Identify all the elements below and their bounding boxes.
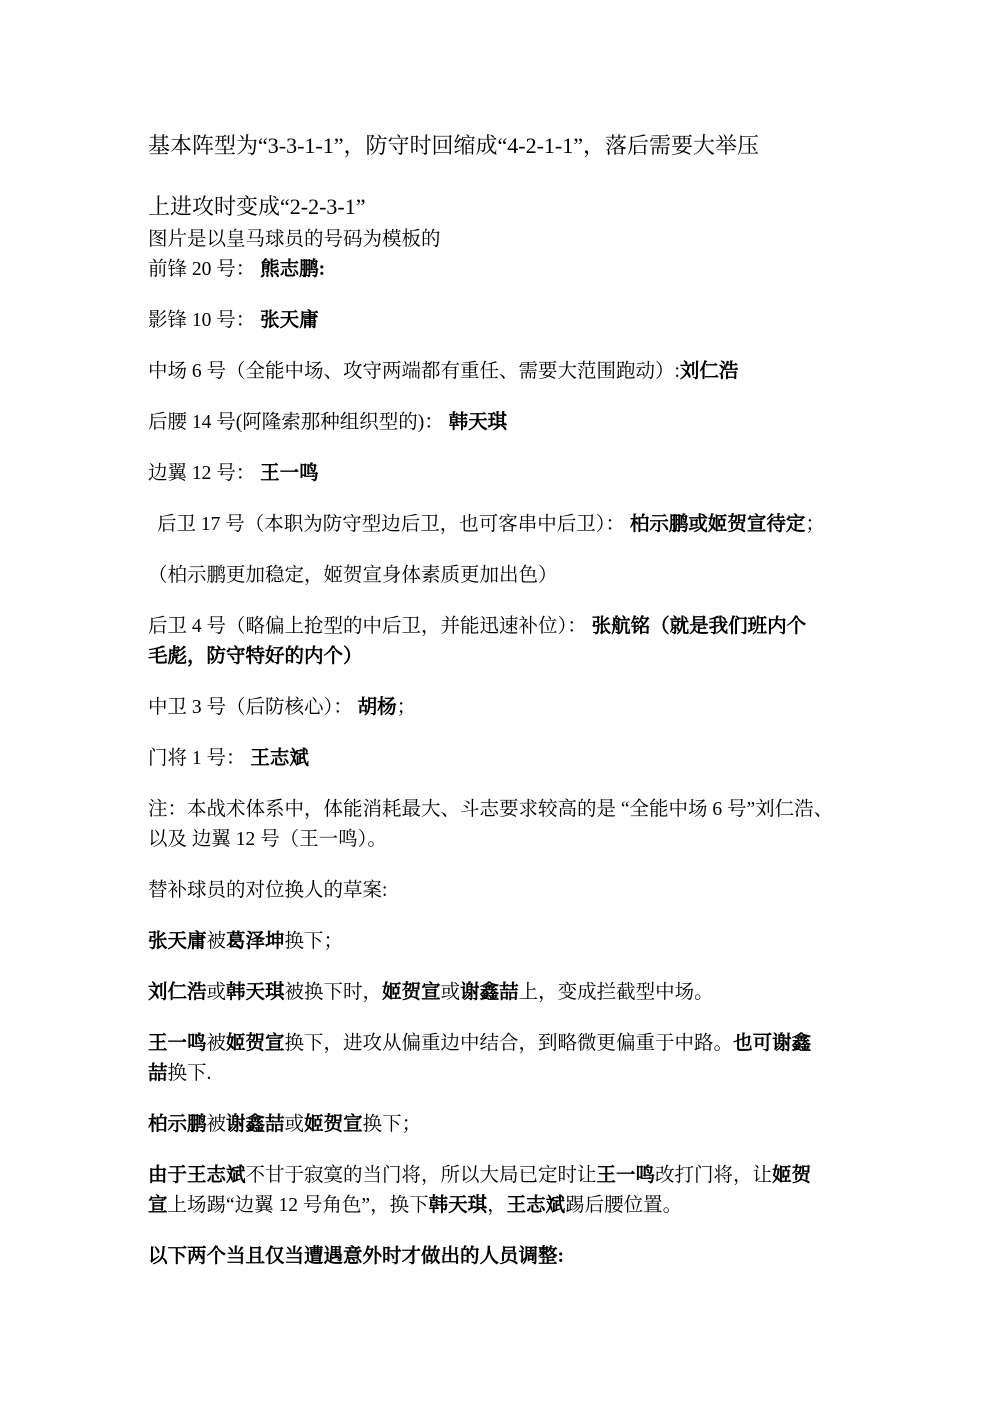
text-line: 中卫 3 号（后防核心）： 胡杨； — [148, 693, 883, 723]
text-run: 中场 6 号（全能中场、攻守两端都有重任、需要大范围跑动）: — [148, 361, 680, 382]
text-run: 被 — [207, 931, 227, 952]
text-line: 喆换下. — [148, 1059, 883, 1089]
text-run: 或 — [441, 982, 461, 1003]
text-run: 上，变成拦截型中场。 — [519, 982, 714, 1003]
bold-text-run: 刘仁浩 — [680, 361, 739, 382]
text-line: 边翼 12 号： 王一鸣 — [148, 459, 883, 489]
bold-text-run: 姬贺宣 — [226, 1033, 285, 1054]
text-line: 基本阵型为“3-3-1-1”，防守时回缩成“4-2-1-1”，落后需要大举压 — [148, 128, 883, 164]
text-line: （柏示鹏更加稳定，姬贺宣身体素质更加出色） — [148, 561, 883, 591]
text-run: 或 — [285, 1114, 305, 1135]
text-run: 图片是以皇马球员的号码为模板的 — [148, 229, 441, 250]
text-line: 图片是以皇马球员的号码为模板的 — [148, 225, 883, 255]
text-line: 由于王志斌不甘于寂寞的当门将，所以大局已定时让王一鸣改打门将，让姬贺 — [148, 1161, 883, 1191]
text-run: 或 — [207, 982, 227, 1003]
text-run: （柏示鹏更加稳定，姬贺宣身体素质更加出色） — [148, 565, 558, 586]
bold-text-run: 张航铭（就是我们班内个 — [592, 616, 807, 637]
text-run: 被 — [207, 1033, 227, 1054]
bold-text-run: 王一鸣 — [148, 1033, 207, 1054]
document-page: 基本阵型为“3-3-1-1”，防守时回缩成“4-2-1-1”，落后需要大举压上进… — [0, 0, 993, 1404]
text-line: 中场 6 号（全能中场、攻守两端都有重任、需要大范围跑动）:刘仁浩 — [148, 357, 883, 387]
text-line: 注：本战术体系中，体能消耗最大、斗志要求较高的是 “全能中场 6 号”刘仁浩、 — [148, 795, 883, 825]
text-line: 前锋 20 号： 熊志鹏: — [148, 255, 883, 285]
text-run: 上场踢“边翼 12 号角色”，换下 — [168, 1195, 429, 1216]
text-run: 上进攻时变成“2-2-3-1” — [148, 194, 366, 219]
text-line: 毛彪，防守特好的内个） — [148, 642, 883, 672]
bold-text-run: 韩天琪 — [429, 1195, 488, 1216]
text-run: 换下； — [285, 931, 344, 952]
bold-text-run: 宣 — [148, 1195, 168, 1216]
bold-text-run: 谢鑫喆 — [226, 1114, 285, 1135]
text-run: ， — [487, 1195, 507, 1216]
bold-text-run: 王一鸣 — [260, 463, 319, 484]
text-run: 注：本战术体系中，体能消耗最大、斗志要求较高的是 “全能中场 6 号”刘仁浩、 — [148, 799, 833, 820]
bold-text-run: 韩天琪 — [449, 412, 508, 433]
text-run: 踢后腰位置。 — [565, 1195, 682, 1216]
bold-text-run: 王一鸣 — [597, 1165, 656, 1186]
text-run: 门将 1 号： — [148, 748, 250, 769]
bold-text-run: 韩天琪 — [226, 982, 285, 1003]
bold-text-run: 柏示鹏 — [148, 1114, 207, 1135]
text-run: 改打门将，让 — [655, 1165, 772, 1186]
text-line: 刘仁浩或韩天琪被换下时，姬贺宣或谢鑫喆上，变成拦截型中场。 — [148, 978, 883, 1008]
bold-text-run: 姬贺宣 — [304, 1114, 363, 1135]
bold-text-run: 也可谢鑫 — [733, 1033, 811, 1054]
bold-text-run: 姬贺宣 — [382, 982, 441, 1003]
bold-text-run: 毛彪，防守特好的内个） — [148, 646, 363, 667]
text-line: 王一鸣被姬贺宣换下，进攻从偏重边中结合，到略微更偏重于中路。也可谢鑫 — [148, 1029, 883, 1059]
bold-text-run: 张天庸 — [260, 310, 319, 331]
bold-text-run: 谢鑫喆 — [460, 982, 519, 1003]
bold-text-run: 张天庸 — [148, 931, 207, 952]
text-run: 被换下时， — [285, 982, 383, 1003]
text-run: 换下. — [168, 1063, 212, 1084]
text-line: 上进攻时变成“2-2-3-1” — [148, 189, 883, 225]
text-line: 替补球员的对位换人的草案: — [148, 876, 883, 906]
text-run: 换下，进攻从偏重边中结合，到略微更偏重于中路。 — [285, 1033, 734, 1054]
text-run: 后卫 4 号（略偏上抢型的中后卫，并能迅速补位）： — [148, 616, 592, 637]
text-line: 后卫 4 号（略偏上抢型的中后卫，并能迅速补位）： 张航铭（就是我们班内个 — [148, 612, 883, 642]
text-run: 中卫 3 号（后防核心）： — [148, 697, 358, 718]
bold-text-run: 熊志鹏: — [260, 259, 325, 280]
text-line: 柏示鹏被谢鑫喆或姬贺宣换下； — [148, 1110, 883, 1140]
bold-text-run: 柏示鹏或姬贺宣待定 — [630, 514, 806, 535]
text-run: ； — [397, 697, 417, 718]
text-run: 被 — [207, 1114, 227, 1135]
text-run: 前锋 20 号： — [148, 259, 260, 280]
text-line: 门将 1 号： 王志斌 — [148, 744, 883, 774]
bold-text-run: 喆 — [148, 1063, 168, 1084]
text-line: 宣上场踢“边翼 12 号角色”，换下韩天琪，王志斌踢后腰位置。 — [148, 1191, 883, 1221]
text-run: 后卫 17 号（本职为防守型边后卫，也可客串中后卫）： — [157, 514, 630, 535]
bold-text-run: 以下两个当且仅当遭遇意外时才做出的人员调整: — [148, 1246, 564, 1267]
bold-text-run: 胡杨 — [358, 697, 397, 718]
bold-text-run: 姬贺 — [772, 1165, 811, 1186]
text-run: 替补球员的对位换人的草案: — [148, 880, 387, 901]
text-line: 后腰 14 号(阿隆索那种组织型的)： 韩天琪 — [148, 408, 883, 438]
bold-text-run: 由于王志斌 — [148, 1165, 246, 1186]
text-run: 换下； — [363, 1114, 422, 1135]
text-run: 以及 边翼 12 号（王一鸣）。 — [148, 829, 387, 850]
text-run: 基本阵型为“3-3-1-1”，防守时回缩成“4-2-1-1”，落后需要大举压 — [148, 133, 759, 158]
text-run: ； — [805, 514, 825, 535]
text-run: 边翼 12 号： — [148, 463, 260, 484]
text-run: 不甘于寂寞的当门将，所以大局已定时让 — [246, 1165, 597, 1186]
bold-text-run: 葛泽坤 — [226, 931, 285, 952]
text-line: 以下两个当且仅当遭遇意外时才做出的人员调整: — [148, 1242, 883, 1272]
text-run: 后腰 14 号(阿隆索那种组织型的)： — [148, 412, 449, 433]
bold-text-run: 刘仁浩 — [148, 982, 207, 1003]
bold-text-run: 王志斌 — [250, 748, 309, 769]
text-line: 张天庸被葛泽坤换下； — [148, 927, 883, 957]
document-body: 基本阵型为“3-3-1-1”，防守时回缩成“4-2-1-1”，落后需要大举压上进… — [0, 0, 993, 1272]
bold-text-run: 王志斌 — [507, 1195, 566, 1216]
text-line: 以及 边翼 12 号（王一鸣）。 — [148, 825, 883, 855]
text-line: 后卫 17 号（本职为防守型边后卫，也可客串中后卫）： 柏示鹏或姬贺宣待定； — [148, 510, 883, 540]
text-line: 影锋 10 号： 张天庸 — [148, 306, 883, 336]
text-run: 影锋 10 号： — [148, 310, 260, 331]
